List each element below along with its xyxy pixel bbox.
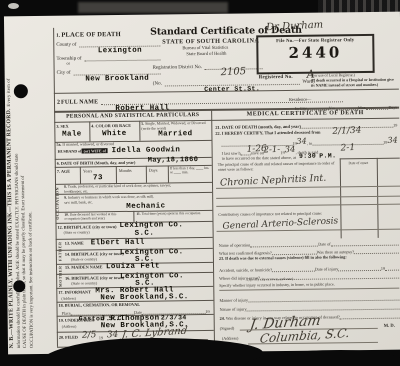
field-no: 24.: [220, 316, 225, 321]
external-causes-label: 23.If death was due to external causes (…: [219, 255, 347, 261]
field-label: AGE: [61, 169, 70, 174]
time-of-death-value: 9:30: [299, 153, 316, 160]
birthplace-sub-label: (State or country): [64, 230, 90, 235]
margin-note-rest: Every item of: [7, 78, 12, 106]
city-value: New Brookland: [85, 75, 149, 84]
field-no: 8.: [64, 185, 67, 189]
dob-value: May,18,1860: [148, 156, 199, 165]
meridiem-value: P.M.: [319, 152, 336, 159]
field-no: 23.: [219, 256, 224, 261]
wife-of-label: (or) WIFE of: [82, 148, 108, 153]
township-line: Township of: [56, 53, 160, 62]
field-label: UNDERTAKER: [65, 317, 94, 322]
field-label: BIRTHPLACE (city or town): [71, 275, 124, 281]
place-of-death-heading: 1.PLACE OF DEATH: [56, 31, 121, 39]
scan-noise: [78, 2, 228, 13]
scanned-death-certificate: N. B.—WRITE PLAINLY, WITH UNFADING INK—T…: [0, 0, 400, 366]
field-no: 14.: [65, 252, 70, 257]
filed-date-value: 2/5: [82, 330, 97, 341]
date-of-death-line: 21.DATE OF DEATH (month, day, and year) …: [215, 120, 397, 130]
filed-label: 20.FILED: [59, 335, 78, 340]
rule: [216, 204, 400, 207]
birthplace-state-value: S.C.: [135, 230, 155, 238]
field-label: If death was due to external causes (vio…: [225, 254, 347, 260]
father-name-value: Elbert Hall: [91, 239, 145, 248]
nature-label: Nature of injury: [220, 306, 247, 312]
field-label: SEX: [60, 124, 68, 129]
certificate-paper: N. B.—WRITE PLAINLY, WITH UNFADING INK—T…: [4, 12, 400, 355]
address-rule: [248, 342, 378, 345]
years-value: 73: [80, 174, 116, 182]
md-label: M. D.: [384, 323, 395, 329]
county-label: County of: [56, 43, 76, 48]
spouse-label: 5a.If married, widowed, or divorced: [56, 142, 114, 148]
field-no: 19.: [59, 318, 64, 323]
registered-no-label: Registered No.: [259, 75, 293, 80]
scan-shadow: [245, 350, 400, 366]
physician-address-label: (Address): [222, 336, 239, 341]
field-no: 4.: [91, 123, 94, 128]
race-value: White: [91, 130, 137, 139]
board-line: State Board of Health: [186, 51, 226, 56]
race-label: 4.COLOR OR RACE: [91, 123, 131, 129]
city-label: City of: [57, 71, 71, 76]
father-bp-sub-label: (State or country): [71, 257, 97, 262]
field-label: COLOR OR RACE: [95, 123, 131, 128]
total-time-label: 11.Total time (years) spent in this occu…: [136, 211, 208, 216]
field-label: Date deceased last worked at this occupa…: [64, 212, 116, 221]
district-value-handwritten: 2105: [221, 66, 247, 78]
last-worked-label: 10.Date deceased last worked at this occ…: [64, 212, 130, 222]
date-of-onset-label: Date of onset: [342, 161, 375, 166]
scan-noise: [8, 3, 19, 9]
field-label: I HEREBY CERTIFY, That I attended deceas…: [222, 130, 321, 136]
field-no: 12.: [57, 225, 62, 230]
mother-name-value: Louiza Felt: [106, 263, 160, 272]
occurred-at-line: to have occurred on the date stated abov…: [222, 152, 398, 161]
full-name-label: FULL NAME: [61, 99, 98, 105]
field-label: NAME: [71, 240, 84, 245]
hole-punch: [13, 280, 25, 292]
birthplace-label: 12.BIRTHPLACE (city or town): [57, 224, 116, 230]
rule: [216, 196, 400, 199]
personal-section-title: PERSONAL AND STATISTICAL PARTICULARS: [54, 112, 211, 120]
field-no: 2: [57, 100, 60, 106]
field-label: DATE OF DEATH (month, day, and year): [222, 124, 301, 130]
field-no: 1.: [56, 34, 60, 39]
district-label: Registration District No.: [153, 65, 202, 71]
or-label: or: [66, 61, 70, 66]
hospital-note: (If death occurred in a Hospital or Inst…: [311, 78, 397, 88]
field-label: Total time (years) spent in this occupat…: [142, 211, 201, 216]
sex-value: Male: [55, 130, 88, 138]
file-number-box: File No.—For State Registrar Only 2440: [256, 34, 374, 74]
field-no: 20.: [59, 335, 64, 340]
husband-of-label: HUSBAND of: [58, 149, 82, 154]
father-name-label: 13.NAME: [65, 240, 84, 245]
if-less-label: If less than 1 day, ____ hrs. or ____ mi…: [170, 166, 211, 175]
informant-label: 17.INFORMANT: [58, 289, 91, 294]
marital-value: Married: [141, 130, 209, 139]
county-line: County of Lexington: [56, 39, 160, 48]
cell-divider: [133, 211, 134, 222]
principal-cause-label: The principal cause of death and related…: [218, 160, 336, 171]
field-no: 11.: [136, 212, 140, 216]
medical-section-title: MEDICAL CERTIFICATE OF DEATH: [211, 110, 399, 118]
spouse-value: Idella Goodwin: [112, 146, 181, 155]
age-label: 7.AGE: [57, 169, 70, 174]
rule: [219, 288, 399, 291]
manner-label: Manner of injury: [219, 297, 248, 303]
field-no: 16.: [65, 276, 70, 281]
field-label: INFORMANT: [65, 289, 91, 294]
cell-divider: [146, 166, 147, 183]
field-no: 6.: [57, 161, 60, 166]
whether-injury-label: Specify whether injury occurred in indus…: [219, 281, 399, 288]
field-label: If married, widowed, or divorced: [62, 142, 114, 147]
city-line: City of New Brookland: [57, 67, 161, 76]
years-label: Years: [83, 168, 92, 173]
street-no-label: (No.: [153, 82, 162, 87]
field-no: 15.: [65, 265, 70, 270]
field-no: 17.: [58, 290, 63, 295]
dod-year-prefix: 19: [393, 122, 397, 127]
bureau-line: Bureau of Vital Statistics: [182, 45, 228, 51]
field-no: 9.: [64, 196, 67, 200]
signed-label: (Signed): [220, 326, 234, 331]
dob-label: 6.DATE OF BIRTH (Month, day, and year): [57, 160, 136, 166]
cell-divider: [168, 165, 169, 182]
onset-column-line: [377, 158, 379, 238]
mother-bp-sub-label: (State or country): [71, 281, 97, 286]
field-label: FILED: [65, 335, 78, 340]
file-number: 2440: [258, 43, 372, 62]
field-no: 13.: [65, 241, 70, 246]
street-value: Center St.St.: [204, 85, 260, 93]
field-label: BIRTHPLACE (city or town): [64, 224, 117, 230]
certify-line1: 22.I HEREBY CERTIFY, That I attended dec…: [215, 130, 320, 136]
field-no: 3.: [56, 124, 59, 129]
sex-label: 3.SEX: [56, 124, 68, 129]
mother-bp-label: 16.BIRTHPLACE (city or town): [65, 275, 124, 281]
undertaker-address-label: (Address): [62, 325, 77, 330]
occurred-label: to have occurred on the date stated abov…: [222, 155, 296, 161]
field-no: 5.: [141, 122, 144, 126]
field-label: MAIDEN NAME: [71, 264, 102, 269]
registration-district-line: Registration District No. 2105: [153, 61, 263, 70]
field-label: BIRTHPLACE (city or town): [71, 251, 124, 257]
margin-note: N. B.—WRITE PLAINLY, WITH UNFADING INK—T…: [5, 22, 51, 348]
field-label: Single, Married, Widowed, or Divorced (w…: [141, 121, 205, 131]
field-no: 5a.: [56, 143, 61, 147]
field-label: PLACE OF DEATH: [61, 31, 121, 39]
field-no: 22.: [215, 131, 220, 136]
hole-punch: [14, 84, 28, 98]
father-bp-label: 14.BIRTHPLACE (city or town): [65, 251, 124, 257]
days-label: Days: [149, 168, 158, 173]
where-injury-line: Where did injury occur?: [219, 271, 399, 281]
field-label: DATE OF BIRTH (Month, day, and year): [61, 160, 136, 166]
undertaker-label: 19.UNDERTAKER: [59, 317, 95, 322]
onset-column-line: [340, 158, 342, 238]
mother-name-label: 15.MAIDEN NAME: [65, 264, 103, 269]
field-no: 21.: [215, 125, 221, 130]
field-no: 7.: [57, 169, 60, 174]
onset-column-top: [340, 158, 400, 160]
months-label: Months: [119, 168, 132, 173]
pencil-annotation: Dr Durham: [266, 20, 324, 34]
